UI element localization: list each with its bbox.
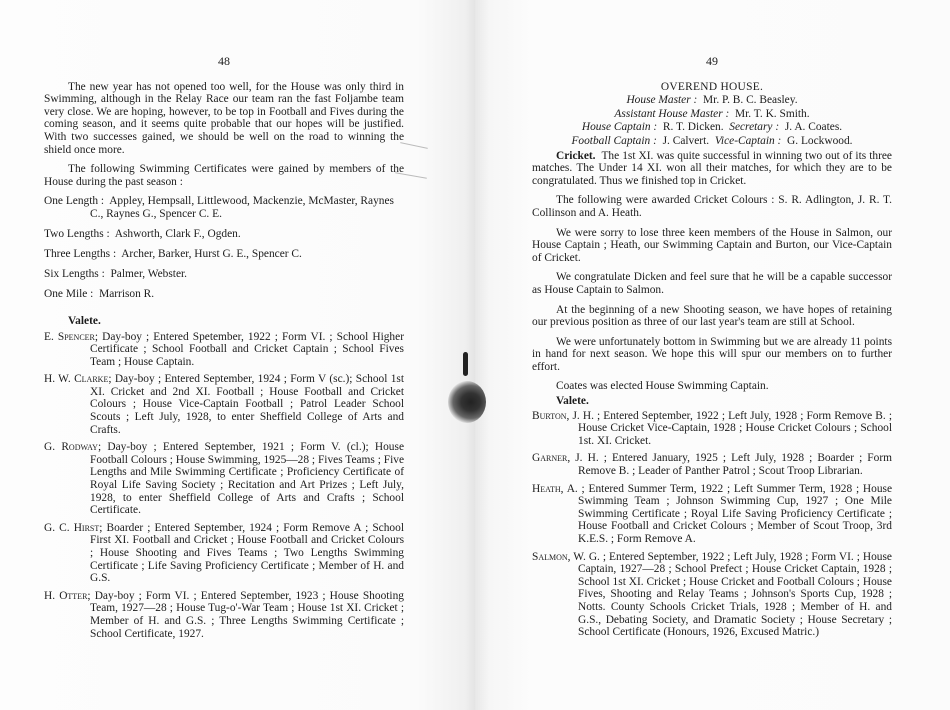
valete-entry: H. W. Clarke; Day-boy ; Entered Septembe…: [44, 373, 404, 436]
right-page: 49 OVEREND HOUSE. House Master : Mr. P. …: [475, 0, 950, 710]
left-page: 48 The new year has not opened too well,…: [0, 0, 475, 710]
football-captain-line: Football Captain : J. Calvert. Vice-Capt…: [532, 135, 892, 148]
certificate-row: Three Lengths : Archer, Barker, Hurst G.…: [44, 248, 404, 261]
paragraph: We were sorry to lose three keen members…: [532, 227, 892, 265]
valete-entry: Heath, A. ; Entered Summer Term, 1922 ; …: [532, 483, 892, 546]
binding-ink-blot: [448, 381, 486, 423]
certificate-row: One Mile : Marrison R.: [44, 288, 404, 301]
house-master-line: House Master : Mr. P. B. C. Beasley.: [532, 94, 892, 107]
valete-entry: H. Otter; Day-boy ; Form VI. ; Entered S…: [44, 590, 404, 640]
paragraph: At the beginning of a new Shooting seaso…: [532, 304, 892, 329]
valete-entry: Burton, J. H. ; Entered September, 1922 …: [532, 410, 892, 448]
cricket-heading: Cricket.: [556, 150, 596, 162]
valete-entry: Garner, J. H. ; Entered January, 1925 ; …: [532, 452, 892, 477]
pencil-mark: [400, 142, 428, 149]
valete-heading: Valete.: [556, 395, 892, 408]
certificate-row: Six Lengths : Palmer, Webster.: [44, 268, 404, 281]
captain-secretary-line: House Captain : R. T. Dicken. Secretary …: [532, 121, 892, 134]
valete-entry: G. C. Hirst; Boarder ; Entered September…: [44, 522, 404, 585]
certificate-row: One Length : Appley, Hempsall, Littlewoo…: [44, 195, 404, 220]
paragraph: The following were awarded Cricket Colou…: [532, 194, 892, 219]
certificates-intro: The following Swimming Certificates were…: [44, 163, 404, 188]
valete-entry: Salmon, W. G. ; Entered September, 1922 …: [532, 551, 892, 639]
paragraph: We congratulate Dicken and feel sure tha…: [532, 271, 892, 296]
valete-heading: Valete.: [68, 315, 404, 328]
binding-ink-mark: [463, 352, 468, 376]
paragraph: Coates was elected House Swimming Captai…: [532, 380, 892, 393]
left-page-content: 48 The new year has not opened too well,…: [44, 55, 404, 645]
page-number: 48: [44, 55, 404, 68]
certificate-row: Two Lengths : Ashworth, Clark F., Ogden.: [44, 228, 404, 241]
assistant-master-line: Assistant House Master : Mr. T. K. Smith…: [532, 108, 892, 121]
valete-entry: G. Rodway; Day-boy ; Entered September, …: [44, 441, 404, 517]
page-number: 49: [532, 55, 892, 68]
house-title: OVEREND HOUSE.: [532, 81, 892, 94]
cricket-paragraph: Cricket. The 1st XI. was quite successfu…: [532, 150, 892, 188]
right-page-content: 49 OVEREND HOUSE. House Master : Mr. P. …: [532, 55, 892, 644]
intro-paragraph: The new year has not opened too well, fo…: [44, 81, 404, 157]
book-spread: 48 The new year has not opened too well,…: [0, 0, 950, 710]
paragraph: We were unfortunately bottom in Swimming…: [532, 336, 892, 374]
valete-entry: E. Spencer; Day-boy ; Entered Spetember,…: [44, 331, 404, 369]
